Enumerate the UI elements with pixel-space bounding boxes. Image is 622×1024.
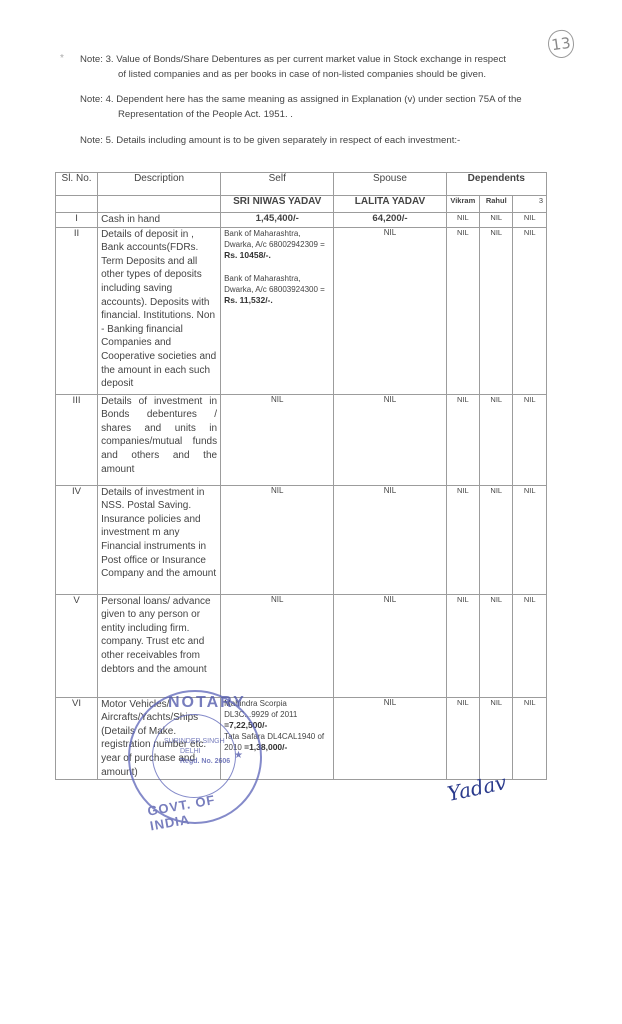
bank-entry-2: Bank of Maharashtra, Dwarka, A/c 6800392… (224, 273, 330, 306)
row-self-value: NIL (221, 594, 334, 697)
row-self-value: Bank of Maharashtra, Dwarka, A/c 6800294… (221, 227, 334, 394)
note-3: Note: 3. Value of Bonds/Share Debentures… (80, 52, 506, 82)
star-icon: ★ (234, 750, 243, 761)
row-spouse-value: NIL (334, 697, 446, 780)
row-spouse-value: NIL (334, 227, 446, 394)
row-dependent-1: NIL (446, 227, 479, 394)
note-4-line1: Dependent here has the same meaning as a… (116, 94, 521, 105)
row-description: Details of investment in NSS. Postal Sav… (98, 485, 221, 594)
row-description: Personal loans/ advance given to any per… (98, 594, 221, 697)
table-row: III Details of investment in Bonds deben… (56, 394, 547, 485)
header-row: Sl. No. Description Self Spouse Dependen… (56, 173, 547, 196)
row-description: Cash in hand (98, 213, 221, 228)
notary-stamp: NOTARY SURINDER SINGH DELHI Regd. No. 26… (128, 690, 262, 824)
bank-entry-1: Bank of Maharashtra, Dwarka, A/c 6800294… (224, 228, 330, 261)
row-dependent-2: NIL (480, 394, 513, 485)
name-spouse: LALITA YADAV (334, 196, 446, 213)
row-sl: II (56, 227, 98, 394)
row-sl: V (56, 594, 98, 697)
bank-entry-2-text: Bank of Maharashtra, Dwarka, A/c 6800392… (224, 274, 325, 294)
name-dependent-3: 3 (513, 196, 547, 213)
row-dependent-1: NIL (446, 697, 479, 780)
row-dependent-1: NIL (446, 394, 479, 485)
stamp-title: NOTARY (168, 694, 246, 712)
mark-asterisk: * (60, 53, 64, 64)
row-self-value: NIL (221, 485, 334, 594)
note-4: Note: 4. Dependent here has the same mea… (80, 92, 522, 122)
header-dependents: Dependents (446, 173, 546, 196)
bank-entry-2-amount: Rs. 11,532/-. (224, 295, 273, 305)
row-self-value: NIL (221, 394, 334, 485)
table-row: V Personal loans/ advance given to any p… (56, 594, 547, 697)
page-number: 13 (546, 28, 576, 59)
row-dependent-3: NIL (513, 697, 547, 780)
note-5: Note: 5. Details including amount is to … (80, 133, 460, 148)
stamp-inner-ring (152, 714, 236, 798)
row-spouse-value: NIL (334, 485, 446, 594)
row-dependent-2: NIL (480, 594, 513, 697)
row-sl: I (56, 213, 98, 228)
row-dependent-2: NIL (480, 697, 513, 780)
row-dependent-3: NIL (513, 485, 547, 594)
row-dependent-1: NIL (446, 485, 479, 594)
note-3-line1: Value of Bonds/Share Debentures as per c… (116, 54, 506, 65)
row-dependent-2: NIL (480, 213, 513, 228)
stamp-registration: Regd. No. 2606 (180, 758, 230, 765)
row-description: Details of deposit in , Bank accounts(FD… (98, 227, 221, 394)
row-sl: III (56, 394, 98, 485)
stamp-city: DELHI (180, 748, 201, 755)
row-dependent-3: NIL (513, 394, 547, 485)
header-self: Self (221, 173, 334, 196)
note-3-line2: of listed companies and as per books in … (80, 67, 506, 82)
bank-entry-1-amount: Rs. 10458/-. (224, 250, 271, 260)
row-dependent-3: NIL (513, 594, 547, 697)
name-self: SRI NIWAS YADAV (221, 196, 334, 213)
row-description: Details of investment in Bonds debenture… (98, 394, 221, 485)
note-4-label: Note: 4. (80, 94, 114, 105)
names-blank-sl (56, 196, 98, 213)
note-5-line1: Details including amount is to be given … (116, 135, 460, 146)
name-dependent-1: Vikram (446, 196, 479, 213)
table-row: IV Details of investment in NSS. Postal … (56, 485, 547, 594)
stamp-name: SURINDER SINGH (164, 738, 225, 745)
names-blank-desc (98, 196, 221, 213)
row-spouse-value: NIL (334, 594, 446, 697)
row-dependent-3: NIL (513, 227, 547, 394)
note-4-line2: Representation of the People Act. 1951. … (80, 107, 522, 122)
table-row: I Cash in hand 1,45,400/- 64,200/- NIL N… (56, 213, 547, 228)
row-self-value: 1,45,400/- (221, 213, 334, 228)
header-description: Description (98, 173, 221, 196)
row-dependent-1: NIL (446, 213, 479, 228)
bank-entry-1-text: Bank of Maharashtra, Dwarka, A/c 6800294… (224, 229, 325, 249)
row-dependent-1: NIL (446, 594, 479, 697)
row-spouse-value: NIL (334, 394, 446, 485)
names-row: SRI NIWAS YADAV LALITA YADAV Vikram Rahu… (56, 196, 547, 213)
row-dependent-3: NIL (513, 213, 547, 228)
row-sl: IV (56, 485, 98, 594)
note-3-label: Note: 3. (80, 54, 114, 65)
table-row: II Details of deposit in , Bank accounts… (56, 227, 547, 394)
header-sl-no: Sl. No. (56, 173, 98, 196)
name-dependent-2: Rahul (480, 196, 513, 213)
row-dependent-2: NIL (480, 485, 513, 594)
row-sl: VI (56, 697, 98, 780)
row-spouse-value: 64,200/- (334, 213, 446, 228)
row-dependent-2: NIL (480, 227, 513, 394)
investment-table: Sl. No. Description Self Spouse Dependen… (55, 172, 547, 780)
note-5-label: Note: 5. (80, 135, 114, 146)
header-spouse: Spouse (334, 173, 446, 196)
